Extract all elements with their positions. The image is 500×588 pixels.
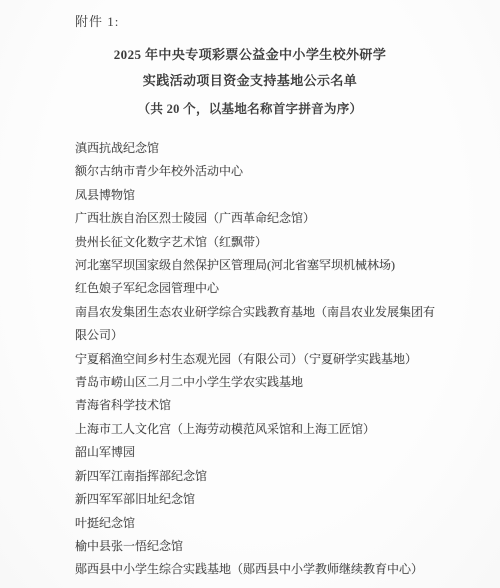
document-title-line-1: 2025 年中央专项彩票公益金中小学生校外研学 bbox=[0, 42, 500, 68]
document-page: 附件 1: 2025 年中央专项彩票公益金中小学生校外研学 实践活动项目资金支持… bbox=[0, 0, 500, 588]
list-item: 榆中县张一悟纪念馆 bbox=[75, 535, 439, 558]
document-title: 2025 年中央专项彩票公益金中小学生校外研学 实践活动项目资金支持基地公示名单 bbox=[0, 42, 500, 94]
list-item: 滇西抗战纪念馆 bbox=[75, 137, 439, 160]
list-item: 新四军江南指挥部纪念馆 bbox=[75, 465, 439, 488]
list-item: 广西壮族自治区烈士陵园（广西革命纪念馆） bbox=[75, 207, 439, 230]
document-title-line-2: 实践活动项目资金支持基地公示名单 bbox=[0, 68, 500, 94]
list-item: 凤县博物馆 bbox=[75, 184, 439, 207]
list-item: 贵州长征文化数字艺术馆（红飘带） bbox=[75, 231, 439, 254]
list-item: 新四军军部旧址纪念馆 bbox=[75, 488, 439, 511]
list-item: 青海省科学技术馆 bbox=[75, 394, 439, 417]
document-subtitle: （共 20 个，以基地名称首字拼音为序） bbox=[0, 99, 500, 117]
base-list: 滇西抗战纪念馆 额尔古纳市青少年校外活动中心 凤县博物馆 广西壮族自治区烈士陵园… bbox=[75, 137, 439, 582]
list-item: 上海市工人文化宫（上海劳动模范风采馆和上海工匠馆） bbox=[75, 418, 439, 441]
list-item: 河北塞罕坝国家级自然保护区管理局(河北省塞罕坝机械林场) bbox=[75, 254, 439, 277]
attachment-label: 附件 1: bbox=[75, 11, 119, 30]
list-item: 郧西县中小学生综合实践基地（郧西县中小学教师继续教育中心） bbox=[75, 558, 439, 581]
list-item: 宁夏稻渔空间乡村生态观光园（有限公司）（宁夏研学实践基地） bbox=[75, 348, 439, 371]
list-item: 红色娘子军纪念园管理中心 bbox=[75, 277, 439, 300]
list-item: 青岛市崂山区二月二中小学生学农实践基地 bbox=[75, 371, 439, 394]
list-item: 韶山军博园 bbox=[75, 441, 439, 464]
list-item: 额尔古纳市青少年校外活动中心 bbox=[75, 160, 439, 183]
list-item: 南昌农发集团生态农业研学综合实践教育基地（南昌农业发展集团有限公司） bbox=[75, 301, 439, 348]
list-item: 叶挺纪念馆 bbox=[75, 512, 439, 535]
